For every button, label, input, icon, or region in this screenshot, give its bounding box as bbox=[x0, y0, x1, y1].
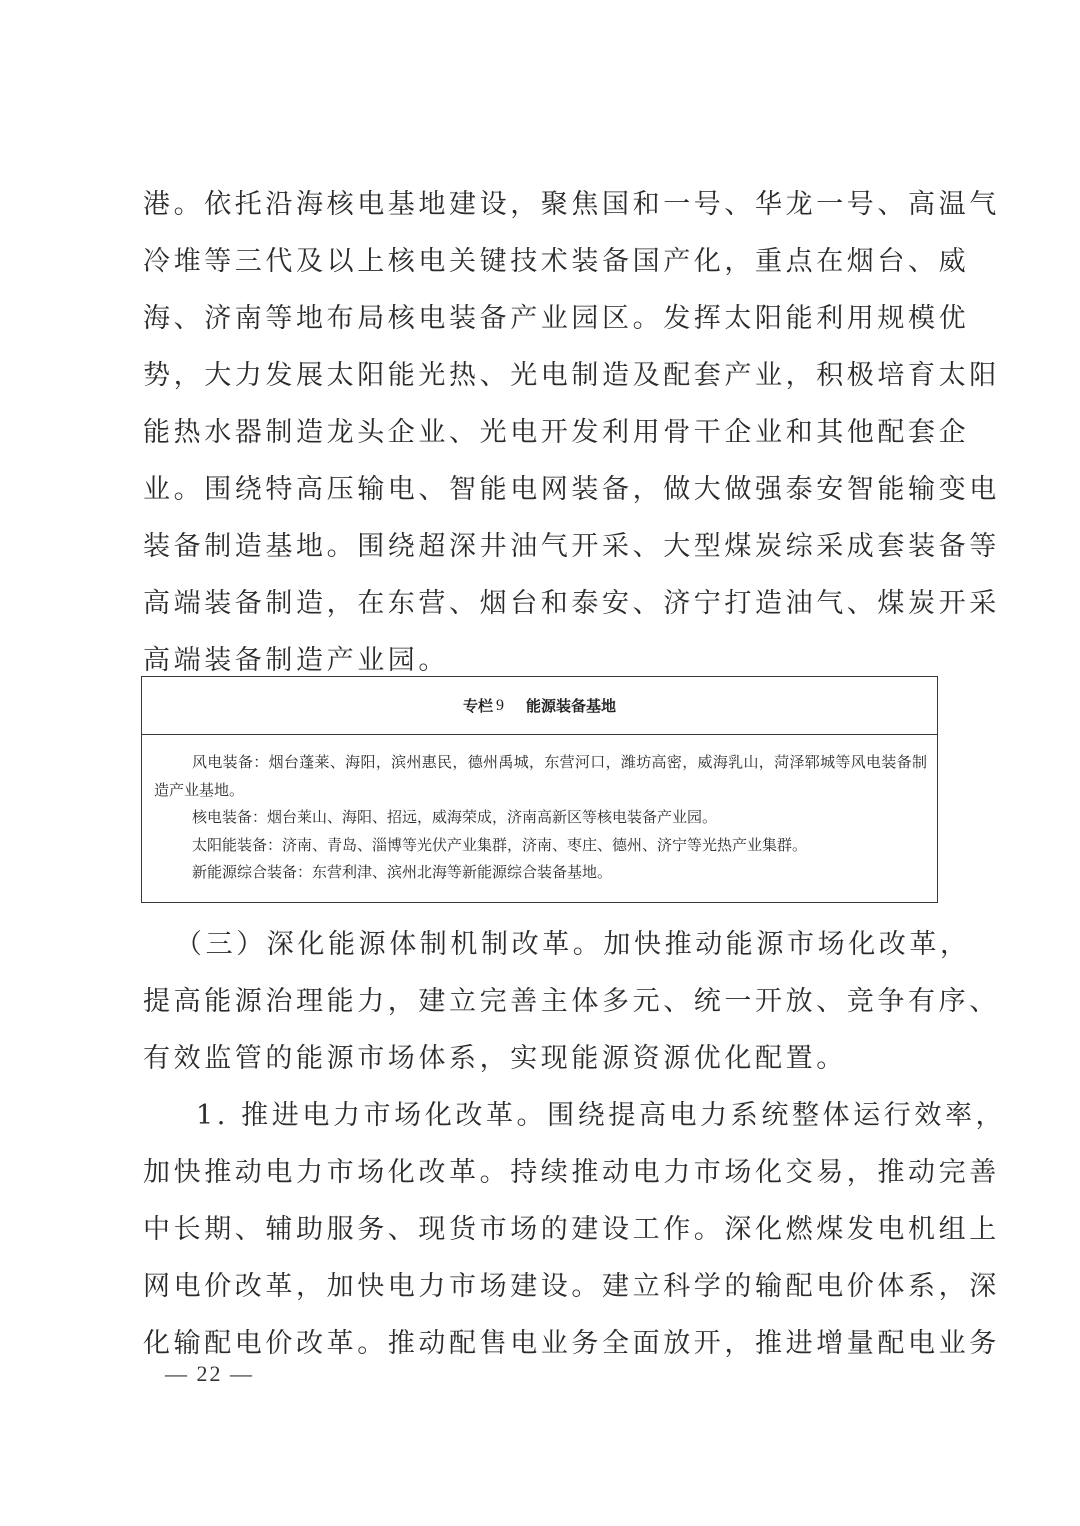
page-number: — 22 — bbox=[165, 1361, 254, 1387]
body-text-line: 业。围绕特高压输电、智能电网装备，做大做强泰安智能输变电 bbox=[143, 473, 939, 507]
column-box-energy-equipment: 专栏 9 能源装备基地 风电装备：烟台蓬莱、海阳，滨州惠民，德州禹城，东营河口，… bbox=[141, 676, 938, 903]
body-text-line: 港。依托沿海核电基地建设，聚焦国和一号、华龙一号、高温气 bbox=[143, 188, 939, 222]
column-box-title-prefix: 专栏 bbox=[463, 695, 493, 716]
body-text-line: 网电价改革，加快电力市场建设。建立科学的输配电价体系，深 bbox=[143, 1270, 939, 1304]
column-box-body: 风电装备：烟台蓬莱、海阳，滨州惠民，德州禹城，东营河口，潍坊高密，威海乳山，菏泽… bbox=[142, 735, 937, 887]
column-item-label: 新能源综合装备： bbox=[192, 863, 312, 881]
column-item-new-energy: 新能源综合装备：东营利津、滨州北海等新能源综合装备基地。 bbox=[154, 859, 927, 887]
column-item-label: 太阳能装备： bbox=[192, 836, 282, 854]
body-text-line: 海、济南等地布局核电装备产业园区。发挥太阳能利用规模优 bbox=[143, 302, 939, 336]
body-text-line: 加快推动电力市场化改革。持续推动电力市场化交易，推动完善 bbox=[143, 1156, 939, 1190]
column-item-label: 核电装备： bbox=[192, 808, 267, 826]
column-item-text: 烟台蓬莱、海阳，滨州惠民，德州禹城，东营河口，潍坊高密，威海乳山，菏泽郓城等风电… bbox=[154, 753, 927, 799]
column-item-solar: 太阳能装备：济南、青岛、淄博等光伏产业集群，济南、枣庄、德州、济宁等光热产业集群… bbox=[154, 832, 927, 860]
body-text-line: 冷堆等三代及以上核电关键技术装备国产化，重点在烟台、威 bbox=[143, 245, 939, 279]
subsection-heading-line: 1. 推进电力市场化改革。围绕提高电力系统整体运行效率， bbox=[196, 1099, 939, 1133]
body-text-line: 势，大力发展太阳能光热、光电制造及配套产业，积极培育太阳 bbox=[143, 359, 939, 393]
body-text-line: 提高能源治理能力，建立完善主体多元、统一开放、竞争有序、 bbox=[143, 985, 939, 1019]
column-item-wind: 风电装备：烟台蓬莱、海阳，滨州惠民，德州禹城，东营河口，潍坊高密，威海乳山，菏泽… bbox=[154, 749, 927, 804]
column-item-text: 东营利津、滨州北海等新能源综合装备基地。 bbox=[312, 863, 612, 881]
column-item-text: 济南、青岛、淄博等光伏产业集群，济南、枣庄、德州、济宁等光热产业集群。 bbox=[282, 836, 807, 854]
body-text-line: 能热水器制造龙头企业、光电开发利用骨干企业和其他配套企 bbox=[143, 416, 939, 450]
body-text-line: 化输配电价改革。推动配售电业务全面放开，推进增量配电业务 bbox=[143, 1327, 939, 1361]
column-box-header: 专栏 9 能源装备基地 bbox=[142, 677, 937, 735]
column-item-label: 风电装备： bbox=[192, 753, 269, 771]
column-item-text: 烟台莱山、海阳、招远，威海荣成，济南高新区等核电装备产业园。 bbox=[267, 808, 717, 826]
column-item-nuclear: 核电装备：烟台莱山、海阳、招远，威海荣成，济南高新区等核电装备产业园。 bbox=[154, 804, 927, 832]
column-box-number: 9 bbox=[496, 697, 504, 715]
body-text-line: 高端装备制造产业园。 bbox=[143, 644, 939, 678]
column-box-title: 能源装备基地 bbox=[526, 695, 616, 716]
body-text-line: 有效监管的能源市场体系，实现能源资源优化配置。 bbox=[143, 1042, 939, 1076]
body-text-line: 高端装备制造，在东营、烟台和泰安、济宁打造油气、煤炭开采 bbox=[143, 587, 939, 621]
body-text-line: 中长期、辅助服务、现货市场的建设工作。深化燃煤发电机组上 bbox=[143, 1213, 939, 1247]
body-text-line: 装备制造基地。围绕超深井油气开采、大型煤炭综采成套装备等 bbox=[143, 530, 939, 564]
section-heading-line: （三）深化能源体制机制改革。加快推动能源市场化改革， bbox=[175, 928, 939, 962]
